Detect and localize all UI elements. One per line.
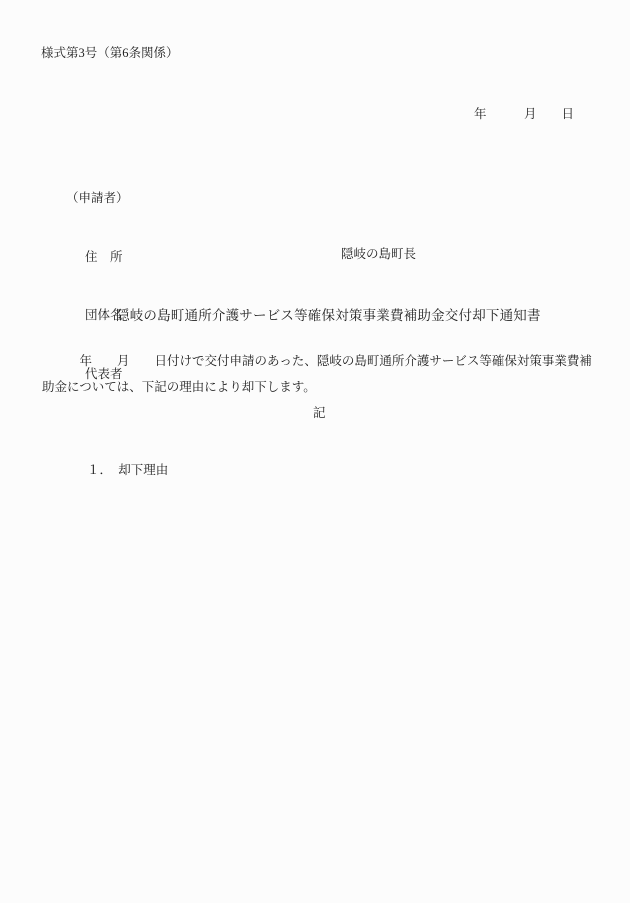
rejection-reason-item: １． 却下理由	[87, 463, 168, 479]
document-title: 隠岐の島町通所介護サービス等確保対策事業費補助金交付却下通知書	[116, 308, 541, 325]
addressee-mayor: 隠岐の島町長	[341, 247, 416, 263]
applicant-label: （申請者）	[66, 189, 129, 209]
document-page: 様式第3号（第6条関係） 年 月 日 （申請者） 住 所 団体名 代表者 隠岐の…	[0, 0, 630, 903]
date-line: 年 月 日	[474, 107, 574, 123]
applicant-address-label: 住 所	[85, 248, 129, 268]
record-marker: 記	[313, 406, 326, 422]
form-number: 様式第3号（第6条関係）	[41, 46, 179, 62]
body-paragraph: 年 月 日付けで交付申請のあった、隠岐の島町通所介護サービス等確保対策事業費補 …	[42, 349, 602, 400]
